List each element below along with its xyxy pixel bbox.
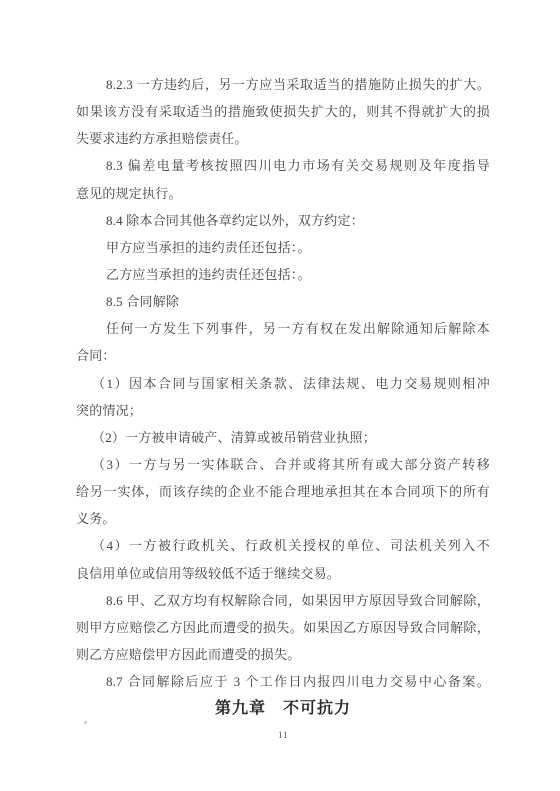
page-number: 11 [76, 724, 490, 748]
contract-text-block: 8.2.3 一方违约后，另一方应当采取适当的措施防止损失的扩大。 如果该方没有采… [76, 71, 490, 748]
contract-scan-page: 8.2.3 一方违约后，另一方应当采取适当的措施防止损失的扩大。 如果该方没有采… [0, 0, 560, 791]
text-line: 合同： [76, 342, 490, 369]
text-line: 乙方应当承担的违约责任还包括：。 [76, 261, 490, 288]
text-line: 8.5 合同解除 [76, 288, 490, 315]
text-line: 义务。 [76, 505, 490, 532]
text-line: 给另一实体，而该存续的企业不能合理地承担其在本合同项下的所有 [76, 478, 490, 505]
text-line: 意见的规定执行。 [76, 180, 490, 207]
text-line: 则甲方应赔偿乙方因此而遭受的损失。如果因乙方原因导致合同解除， [76, 614, 490, 641]
text-line: 8.3 偏差电量考核按照四川电力市场有关交易规则及年度指导 [76, 152, 490, 179]
text-line: 则乙方应赔偿甲方因此而遭受的损失。 [76, 641, 490, 668]
text-line: （2）一方被申请破产、清算或被吊销营业执照； [76, 424, 490, 451]
text-line: 8.6 甲、乙双方均有权解除合同，如果因甲方原因导致合同解除， [76, 587, 490, 614]
text-line: 任何一方发生下列事件，另一方有权在发出解除通知后解除本 [76, 315, 490, 342]
text-line: 8.7 合同解除后应于 3 个工作日内报四川电力交易中心备案。 [76, 668, 490, 695]
text-line: 失要求违约方承担赔偿责任。 [76, 125, 490, 152]
text-line: 突的情况； [76, 397, 490, 424]
text-line: （4）一方被行政机关、行政机关授权的单位、司法机关列入不 [76, 532, 490, 559]
scan-artifact-speck [84, 721, 87, 724]
text-line: （1）因本合同与国家相关条款、法律法规、电力交易规则相冲 [76, 370, 490, 397]
text-line: 8.4 除本合同其他各章约定以外，双方约定： [76, 207, 490, 234]
text-line: 甲方应当承担的违约责任还包括：。 [76, 234, 490, 261]
text-line: 8.2.3 一方违约后，另一方应当采取适当的措施防止损失的扩大。 [76, 71, 490, 98]
text-line: 如果该方没有采取适当的措施致使损失扩大的，则其不得就扩大的损 [76, 98, 490, 125]
text-line: 良信用单位或信用等级较低不适于继续交易。 [76, 560, 490, 587]
text-line: （3）一方与另一实体联合、合并或将其所有或大部分资产转移 [76, 451, 490, 478]
chapter-heading: 第九章 不可抗力 [76, 695, 490, 722]
